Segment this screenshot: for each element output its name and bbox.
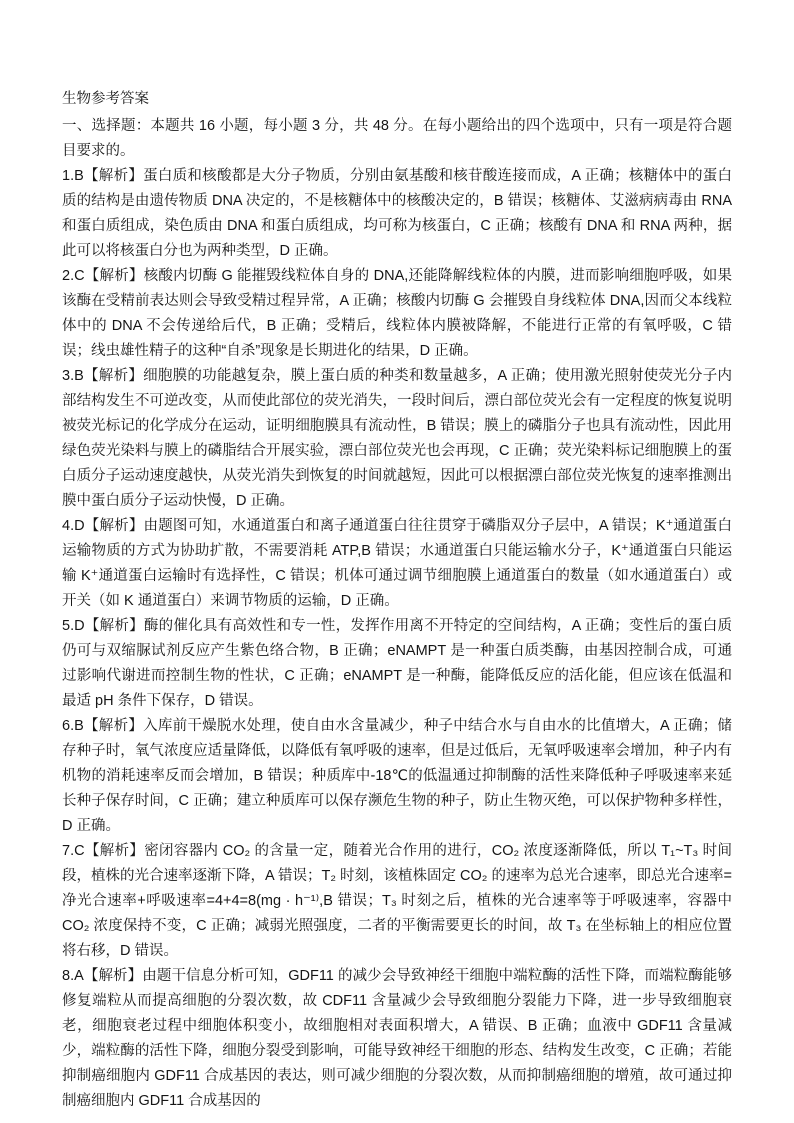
answer-explanation-5: 5.D【解析】酶的催化具有高效性和专一性，发挥作用离不开特定的空间结构，A 正确…	[62, 614, 732, 714]
answer-explanation-4: 4.D【解析】由题图可知，水通道蛋白和离子通道蛋白往往贯穿于磷脂双分子层中，A …	[62, 514, 732, 614]
answer-explanation-7: 7.C【解析】密闭容器内 CO₂ 的含量一定，随着光合作用的进行，CO₂ 浓度逐…	[62, 839, 732, 964]
answer-explanation-2: 2.C【解析】核酸内切酶 G 能摧毁线粒体自身的 DNA,还能降解线粒体的内膜，…	[62, 264, 732, 364]
answer-explanation-6: 6.B【解析】入库前干燥脱水处理，使自由水含量减少，种子中结合水与自由水的比值增…	[62, 714, 732, 839]
answer-explanation-3: 3.B【解析】细胞膜的功能越复杂，膜上蛋白质的种类和数量越多，A 正确；使用激光…	[62, 364, 732, 514]
page-title: 生物参考答案	[62, 87, 732, 112]
section-heading: 一、选择题：本题共 16 小题，每小题 3 分，共 48 分。在每小题给出的四个…	[62, 114, 732, 164]
answer-explanation-8: 8.A【解析】由题干信息分析可知，GDF11 的减少会导致神经干细胞中端粒酶的活…	[62, 964, 732, 1114]
answer-explanation-1: 1.B【解析】蛋白质和核酸都是大分子物质，分别由氨基酸和核苷酸连接而成，A 正确…	[62, 164, 732, 264]
answers-list: 1.B【解析】蛋白质和核酸都是大分子物质，分别由氨基酸和核苷酸连接而成，A 正确…	[62, 164, 732, 1114]
document-page: 生物参考答案 一、选择题：本题共 16 小题，每小题 3 分，共 48 分。在每…	[0, 0, 794, 1123]
